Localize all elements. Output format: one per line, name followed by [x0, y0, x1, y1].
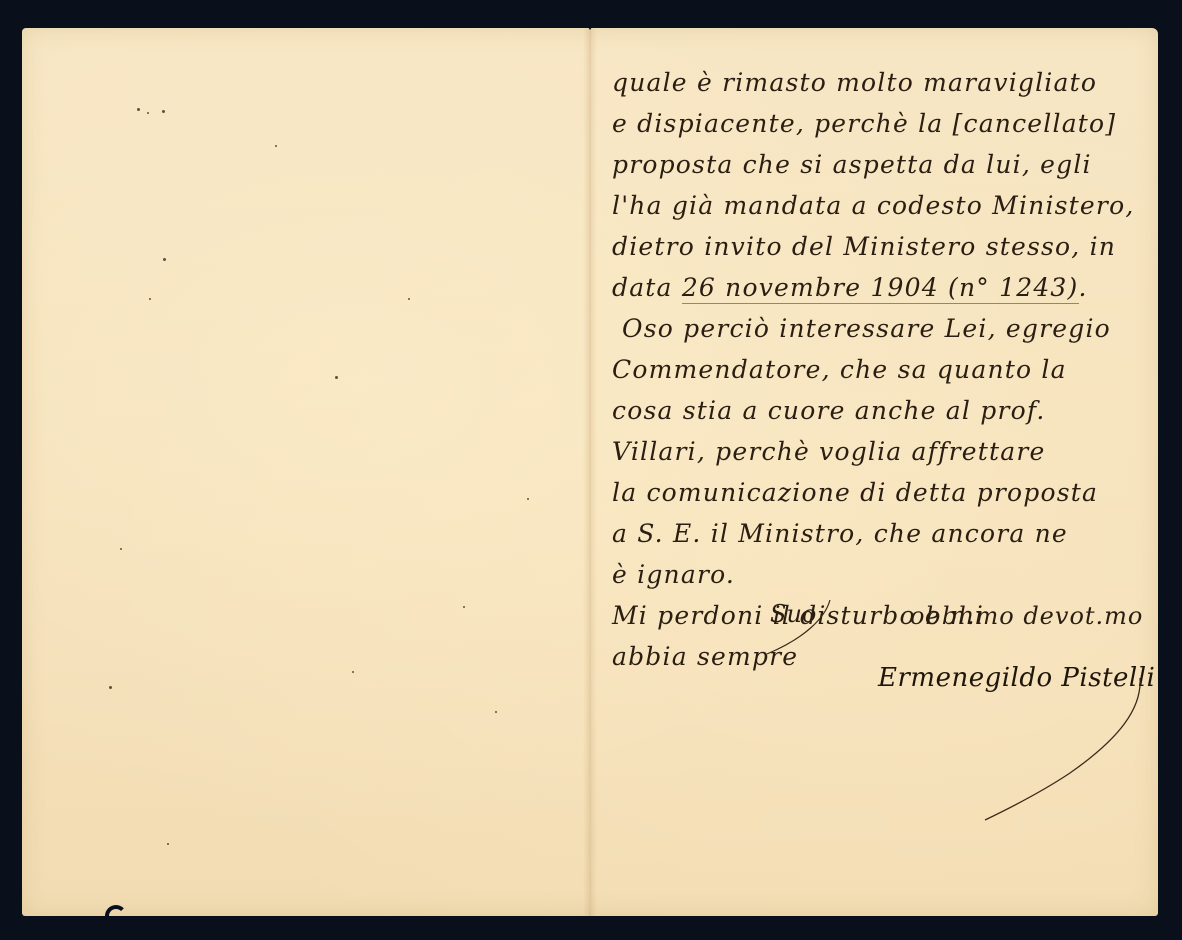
left-page-blank — [22, 28, 590, 916]
letter-line: l'ha già mandata a codesto Ministero, — [612, 185, 1152, 226]
letter-line: Villari, perchè voglia affrettare — [612, 431, 1152, 472]
letter-line: a S. E. il Ministro, che ancora ne — [612, 513, 1152, 554]
paper-speck — [109, 686, 112, 689]
date-suffix: . — [1079, 273, 1088, 302]
closing-devotion: obbl.mo devot.mo — [910, 602, 1143, 630]
right-page-letter: quale è rimasto molto maravigliato e dis… — [590, 28, 1158, 916]
letter-line: Oso perciò interessare Lei, egregio — [612, 308, 1152, 349]
letter-line: è ignaro. — [612, 554, 1152, 595]
letter-line: quale è rimasto molto maravigliato — [612, 62, 1152, 103]
closing-flourish-icon — [765, 598, 845, 658]
paper-speck — [149, 298, 151, 300]
paper-speck — [527, 498, 529, 500]
paper-speck — [275, 145, 277, 147]
paper-speck — [463, 606, 465, 608]
letter-line: Commendatore, che sa quanto la — [612, 349, 1152, 390]
paper-tear — [105, 905, 127, 927]
paper-speck — [163, 258, 166, 261]
letter-line: proposta che si aspetta da lui, egli — [612, 144, 1152, 185]
paper-speck — [352, 671, 354, 673]
signature-flourish-icon — [970, 678, 1160, 828]
paper-speck — [137, 108, 140, 111]
paper-speck — [495, 711, 497, 713]
letter-line-date: data 26 novembre 1904 (n° 1243). — [612, 267, 1152, 308]
underlined-date: 26 novembre 1904 (n° 1243) — [682, 273, 1079, 304]
paper-speck — [147, 112, 149, 114]
letter-body: quale è rimasto molto maravigliato e dis… — [612, 62, 1152, 677]
paper-speck — [162, 110, 165, 113]
paper-speck — [335, 376, 338, 379]
letter-line: e dispiacente, perchè la [cancellato] — [612, 103, 1152, 144]
letter-line: dietro invito del Ministero stesso, in — [612, 226, 1152, 267]
paper-speck — [120, 548, 122, 550]
paper-speck — [408, 298, 410, 300]
letter-line: la comunicazione di detta proposta — [612, 472, 1152, 513]
paper-sheet: quale è rimasto molto maravigliato e dis… — [22, 28, 1158, 916]
date-prefix: data — [612, 273, 682, 302]
paper-speck — [167, 843, 169, 845]
scanned-letter: quale è rimasto molto maravigliato e dis… — [0, 0, 1182, 940]
letter-line: cosa stia a cuore anche al prof. — [612, 390, 1152, 431]
